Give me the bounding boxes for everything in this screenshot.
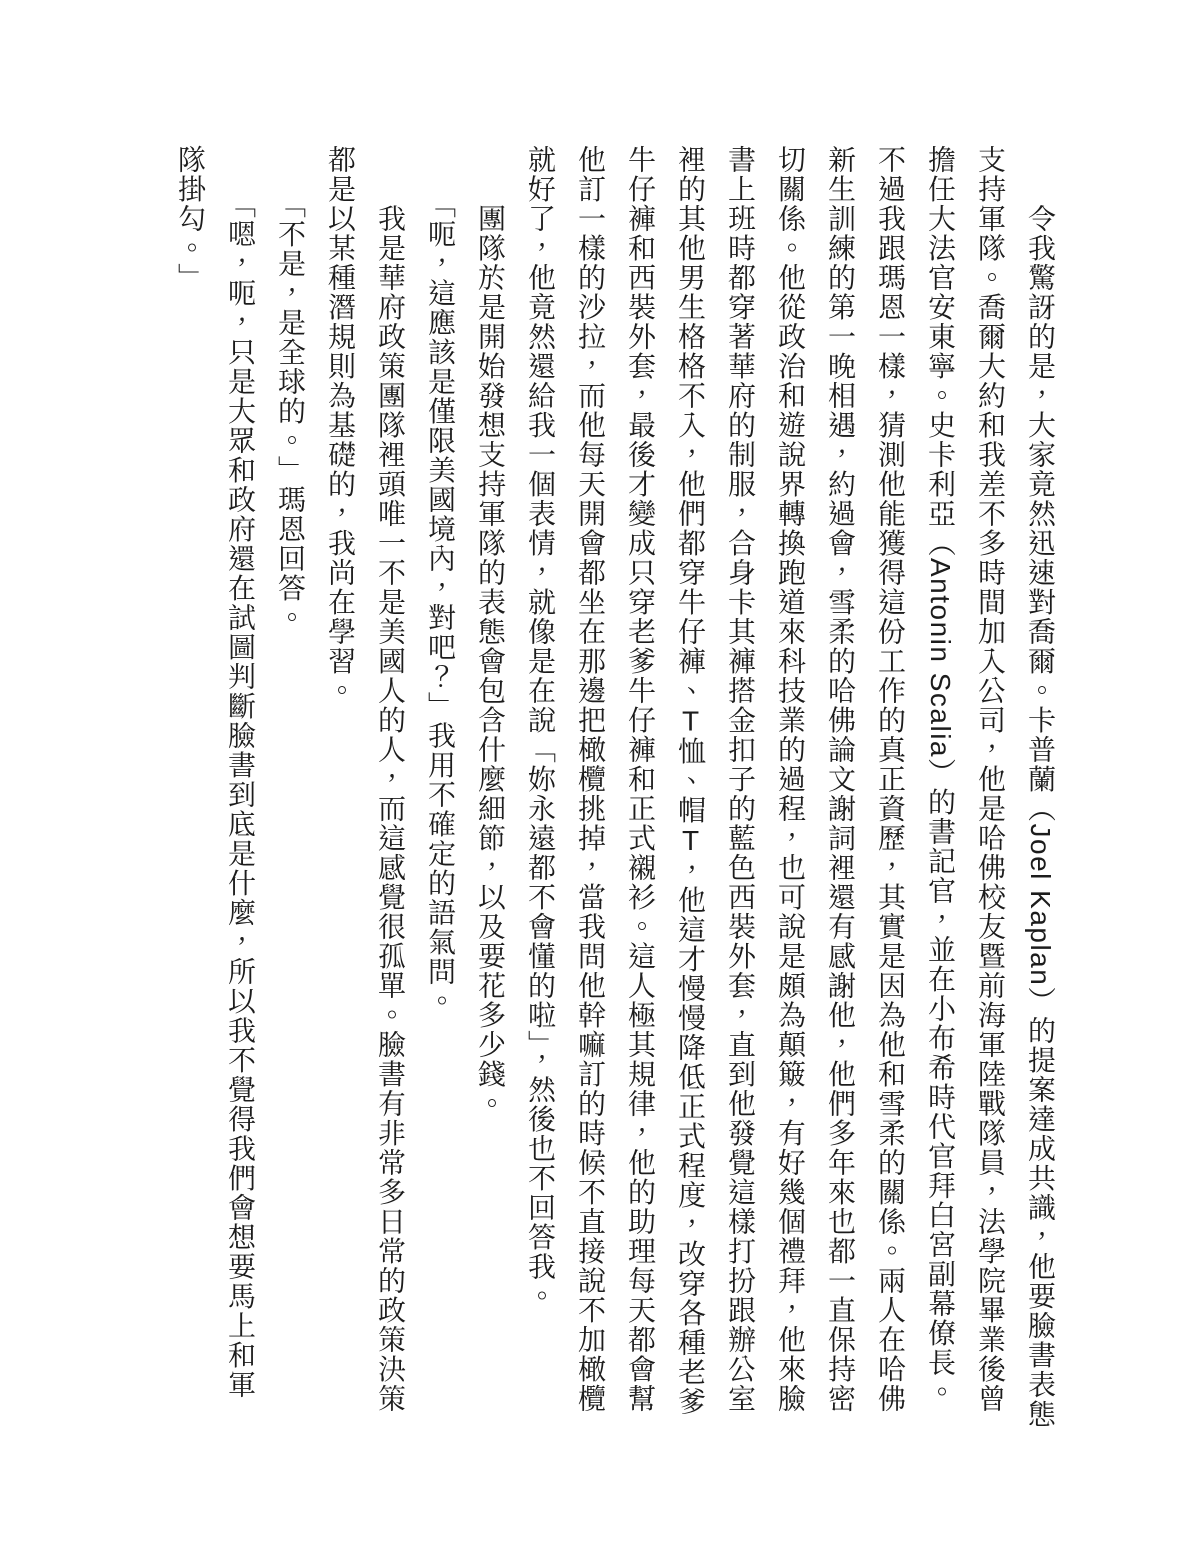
text-column: 我是華府政策團隊裡頭唯一不是美國人的人，而這感覺很孤單。臉書有非常多日常的政策決… (365, 145, 415, 1430)
text-column: 新生訓練的第一晚相遇，約過會，雪柔的哈佛論文謝詞裡還有感謝他，他們多年來也都一直… (815, 145, 865, 1430)
text-column: 不過我跟瑪恩一樣，猜測他能獲得這份工作的真正資歷，其實是因為他和雪柔的關係。兩人… (865, 145, 915, 1430)
text-column: 「嗯，呃，只是大眾和政府還在試圖判斷臉書到底是什麼，所以我不覺得我們會想要馬上和… (215, 145, 265, 1430)
text-column: 都是以某種潛規則為基礎的，我尚在學習。 (315, 145, 365, 1430)
text-column: 「呃，這應該是僅限美國境內，對吧？」我用不確定的語氣問。 (415, 145, 465, 1430)
text-column: 就好了，他竟然還給我一個表情，就像是在說「妳永遠都不會懂的啦」，然後也不回答我。 (515, 145, 565, 1430)
vertical-text-block: 令我驚訝的是，大家竟然迅速對喬爾。卡普蘭（Joel Kaplan）的提案達成共識… (165, 145, 1065, 1430)
text-column: 隊掛勾。」 (165, 145, 215, 1430)
text-column: 書上班時都穿著華府的制服，合身卡其褲搭金扣子的藍色西裝外套，直到他發覺這樣打扮跟… (715, 145, 765, 1430)
text-column: 他訂一樣的沙拉，而他每天開會都坐在那邊把橄欖挑掉，當我問他幹嘛訂的時候不直接說不… (565, 145, 615, 1430)
text-column: 「不是，是全球的。」瑪恩回答。 (265, 145, 315, 1430)
text-column: 擔任大法官安東寧。史卡利亞（Antonin Scalia）的書記官，並在小布希時… (915, 145, 965, 1430)
book-page: 令我驚訝的是，大家竟然迅速對喬爾。卡普蘭（Joel Kaplan）的提案達成共識… (0, 0, 1200, 1553)
text-column: 支持軍隊。喬爾大約和我差不多時間加入公司，他是哈佛校友暨前海軍陸戰隊員，法學院畢… (965, 145, 1015, 1430)
text-column: 令我驚訝的是，大家竟然迅速對喬爾。卡普蘭（Joel Kaplan）的提案達成共識… (1015, 145, 1065, 1430)
text-column: 切關係。他從政治和遊說界轉換跑道來科技業的過程，也可說是頗為顛簸，有好幾個禮拜，… (765, 145, 815, 1430)
text-column: 團隊於是開始發想支持軍隊的表態會包含什麼細節，以及要花多少錢。 (465, 145, 515, 1430)
text-column: 牛仔褲和西裝外套，最後才變成只穿老爹牛仔褲和正式襯衫。這人極其規律，他的助理每天… (615, 145, 665, 1430)
text-column: 裡的其他男生格格不入，他們都穿牛仔褲、T恤、帽T，他這才慢慢降低正式程度，改穿各… (665, 145, 715, 1430)
